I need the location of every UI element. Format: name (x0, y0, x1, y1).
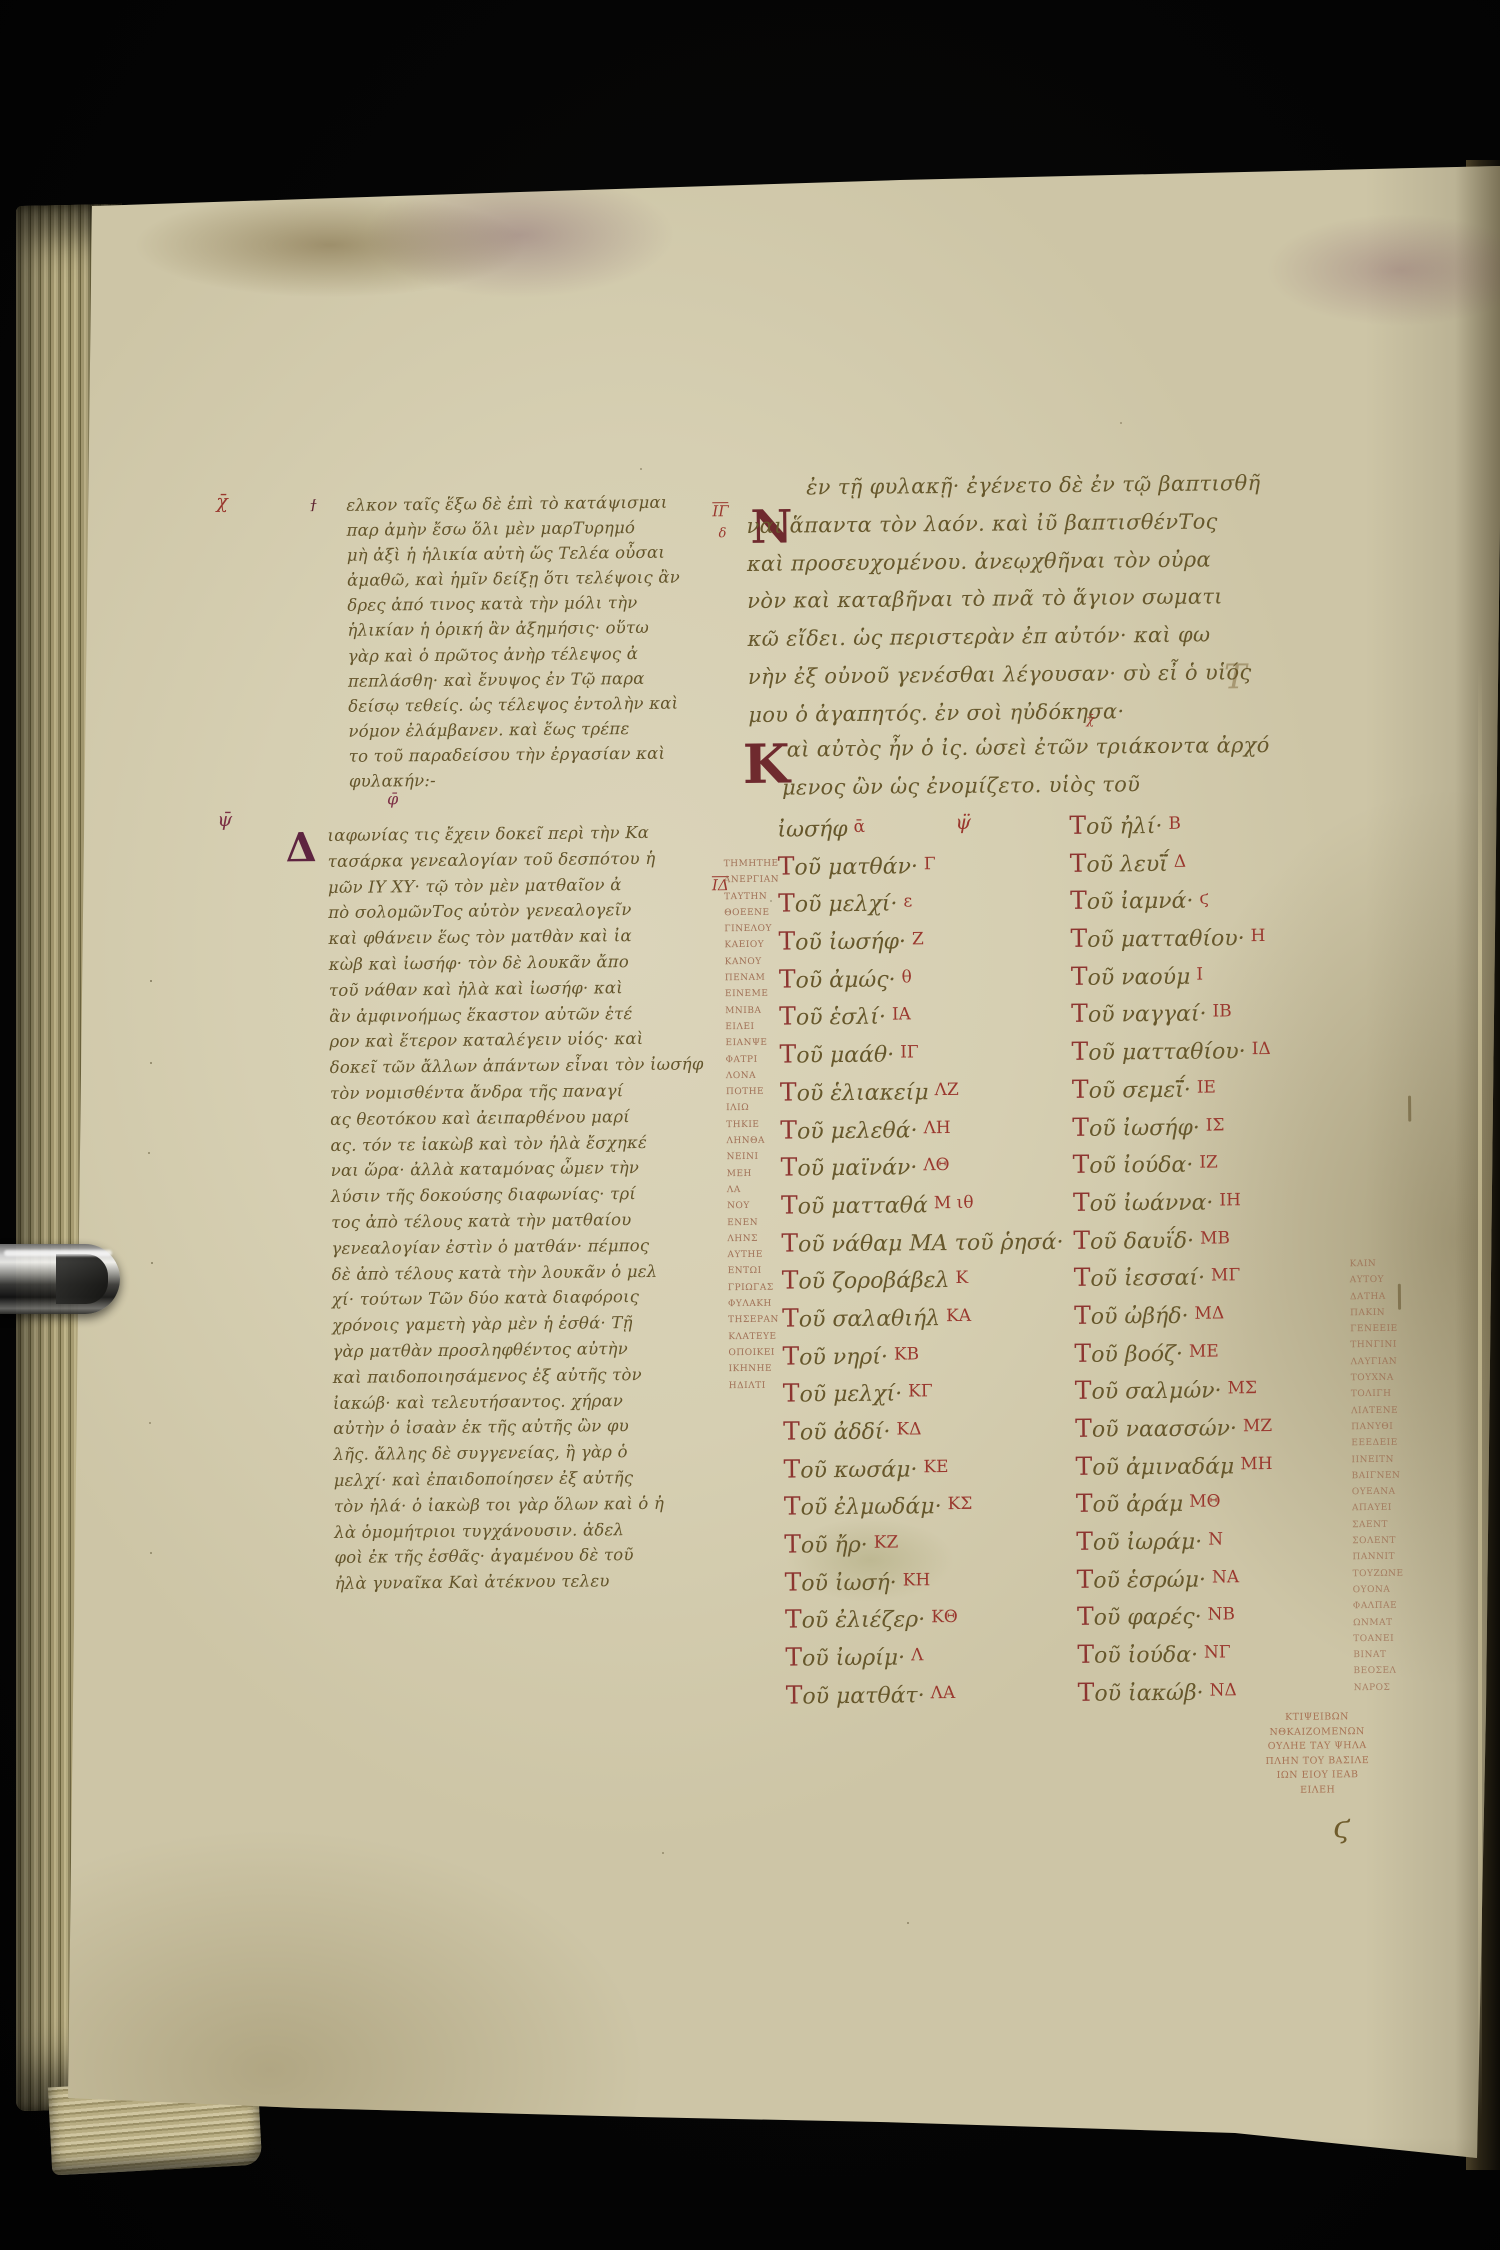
red-tau-initial: Τ (1071, 1037, 1088, 1066)
menos-line: μενος ὢν ὡς ἐνομίζετο. υἱὸς τοῦ (782, 772, 1140, 799)
gloss-line: ΩΝΜΑΤ (1353, 1614, 1404, 1631)
gloss-line: ΤΟΑΝΕΙ (1353, 1631, 1404, 1648)
manuscript-text-line: γενεαλογίαν ἐστὶν ὁ ματθάν· πέμπος (331, 1235, 721, 1265)
section-number-13: ΙΓ (712, 502, 729, 519)
manuscript-text-line: δὲ ἀπὸ τέλους κατὰ τὴν λουκᾶν ὁ μελ (332, 1261, 722, 1291)
photograph-of-manuscript: χ̄ ψ̄ φ̄ ϯ ελκον ταῖς ἕξω δὲ ἐπὶ τὸ κατά… (0, 0, 1500, 2250)
ordinal-numeral: Γ (918, 854, 936, 874)
red-tau-initial: Τ (1070, 886, 1087, 915)
ordinal-numeral: ΙΕ (1191, 1077, 1216, 1097)
genealogy-right-entry: Τοῦ σεμεΐ̈·ΙΕ (1072, 1071, 1420, 1103)
manuscript-text-line: γὰρ ματθὰν προσληφθέντος αὐτὴν (332, 1338, 722, 1368)
gloss-line: ΤΟΥΖΩΝΕ (1353, 1565, 1404, 1582)
genealogy-left-entry: Τοῦ μαάθ·ΙΓ (779, 1037, 1071, 1069)
gloss-line: ΛΑ (727, 1182, 782, 1199)
red-tau-initial: Τ (1076, 1527, 1093, 1556)
ordinal-numeral: ΜΣ (1221, 1378, 1257, 1398)
red-tau-initial: Τ (785, 1567, 802, 1596)
red-tau-initial: Τ (1076, 1489, 1093, 1518)
ancestor-name: οῦ ματθάτ· (802, 1683, 924, 1709)
ordinal-numeral: ΚΒ (888, 1344, 919, 1364)
manuscript-text-line: φυλακήν:- (349, 768, 739, 797)
genealogy-row: Τοῦ νάθαμ ΜΑ τοῦ ῥησά· Τοῦ δαυΐδ·ΜΒ (781, 1222, 1421, 1266)
genealogy-row: Τοῦ ἰωσήφ·Ζ Τοῦ ματταθίου·Η (778, 921, 1418, 965)
genealogy-left-entry: Τοῦ ἰωσήφ·Ζ (778, 924, 1070, 956)
genealogy-row: Τοῦ ἐλιέζερ·ΚΘ Τοῦ φαρές·ΝΒ (785, 1599, 1425, 1643)
ordinal-numeral: ᾱ (847, 817, 865, 837)
manuscript-text-line: ἐν τῇ φυλακῇ· ἐγένετο δὲ ἐν τῷ βαπτισθῆ (746, 470, 1406, 514)
gloss-line: ΦΥΛΑΚΗ (728, 1296, 783, 1313)
gloss-line: ΗΔΙΛΤΙ (729, 1377, 784, 1394)
red-tau-initial: Τ (781, 1228, 798, 1257)
ordinal-numeral: ΜΗ (1234, 1454, 1272, 1474)
genealogy-row: Τοῦ ἰωσή·ΚΗ Τοῦ ἑσρώμ·ΝΑ (785, 1561, 1425, 1605)
ordinal-numeral: ΙΗ (1213, 1190, 1241, 1210)
genealogy-left-entry: Τοῦ ἑλιακείμΛΖ (780, 1075, 1072, 1107)
genealogy-left-entry: Τοῦ μελχί·ΚΓ (783, 1376, 1075, 1408)
ordinal-numeral: Λ (905, 1645, 923, 1665)
manuscript-text-line: πεπλάσθη· καὶ ἔνυψος ἐν Τῷ παρα (348, 668, 738, 697)
red-tau-initial: Τ (1070, 924, 1087, 953)
ordinal-numeral: ε (897, 892, 912, 912)
red-tau-initial: Τ (784, 1530, 801, 1559)
gloss-line: ΕΕΕΔΕΙΕ (1351, 1435, 1402, 1452)
manuscript-text-line: τὸν ἠλά· ὁ ἰακὼβ τοι γὰρ ὅλων καὶ ὁ ἠ (334, 1493, 724, 1523)
ancestor-name: οῦ μαϊνάν· (797, 1156, 917, 1182)
genealogy-left-entry: Τοῦ μελχί·ε (778, 886, 1070, 918)
ordinal-numeral: ΜΕ (1183, 1341, 1219, 1361)
red-tau-initial: Τ (1073, 1225, 1090, 1254)
gloss-line: ΜΝΙΒΑ (725, 1002, 780, 1019)
gloss-line: ΤΗΝΓΙΝΙ (1350, 1337, 1401, 1354)
gloss-line: ΜΕΗ (727, 1165, 782, 1182)
genealogy-row: Τοῦ ἀδδί·ΚΔ Τοῦ ναασσών·ΜΖ (783, 1411, 1423, 1455)
ancestor-name: οῦ ἰωάννα· (1090, 1190, 1214, 1216)
red-tau-initial: Τ (1077, 1602, 1094, 1631)
red-tau-initial: Τ (780, 1077, 797, 1106)
manuscript-text-line: παρ ἀμὴν ἔσω ὅλι μὲν μαρΤυρημό (346, 517, 736, 546)
gloss-line: ΕΝΤΩΙ (728, 1263, 783, 1280)
ordinal-numeral: Β (1162, 814, 1181, 834)
manuscript-text-line: το τοῦ παραδείσου τὴν ἐργασίαν καὶ (349, 743, 739, 772)
manuscript-text-line: νόμον ἐλάμβανεν. καὶ ἕως τρέπε (348, 718, 738, 747)
manuscript-text-line: τασάρκα γενεαλογίαν τοῦ δεσπότου ἡ (328, 848, 718, 878)
manuscript-text-line: μῶν ΙΥ ΧΥ· τῷ τὸν μὲν ματθαῖον ἀ (328, 874, 718, 904)
margin-colophon-note: ΚΤΙΨΕΙΒΩΝΝΘΚΑΙΖΟΜΕΝΩΝΟΥΛΗΕ ΤΑΥ ΨΗΛΑΠΛΗΝ … (1242, 1710, 1393, 1798)
ancestor-name: οῦ σαλμών· (1091, 1379, 1221, 1405)
quill-stroke-mark (1408, 1096, 1411, 1122)
ordinal-numeral: Ν (1202, 1529, 1223, 1549)
red-tau-initial: Τ (780, 1115, 797, 1144)
genealogy-left-entry: Τοῦ ἤρ·ΚΖ (784, 1527, 1076, 1559)
ordinal-numeral: ΙΔ (1246, 1039, 1271, 1059)
clip-dark-core (56, 1254, 108, 1304)
gloss-line: ΔΑΤΗΑ (1350, 1288, 1401, 1305)
ordinal-numeral: ΚΗ (897, 1570, 931, 1590)
gloss-line: ΤΗΣΕΡΑΝ (728, 1312, 783, 1329)
genealogy-left-entry: Τοῦ μελεθά·ΛΗ (780, 1112, 1072, 1144)
ancestor-name: οῦ ζοροβάβελ (798, 1268, 949, 1294)
manuscript-text-line: ελκον ταῖς ἕξω δὲ ἐπὶ τὸ κατάψισμαι (346, 492, 736, 521)
gloss-line: ΟΥΕΑΝΑ (1352, 1484, 1403, 1501)
gloss-line: ΛΑΥΓΙΑΝ (1350, 1353, 1401, 1370)
genealogy-left-entry: Τοῦ ἀδδί·ΚΔ (783, 1414, 1075, 1446)
manuscript-text-line: τοῦ νάθαν καὶ ἠλὰ καὶ ἰωσήφ· καὶ (329, 977, 719, 1007)
gloss-line: ΛΙΑΤΕΝΕ (1351, 1402, 1402, 1419)
gloss-line: ΙΚΗΝΗΕ (729, 1361, 784, 1378)
gloss-line: ΚΑΝΟΥ (725, 953, 780, 970)
ancestor-name: οῦ σαλαθιήλ (799, 1306, 941, 1332)
genealogy-row: Τοῦ σαλαθιήλΚΑ Τοῦ ὠβήδ·ΜΔ (782, 1297, 1422, 1341)
ordinal-numeral: ΝΑ (1206, 1567, 1239, 1587)
genealogy-left-entry: Τοῦ ἰωσή·ΚΗ (785, 1565, 1077, 1597)
genealogy-left-entry: Τοῦ σαλαθιήλΚΑ (782, 1301, 1074, 1333)
ancestor-name: οῦ ἐλιέζερ· (802, 1608, 926, 1634)
manuscript-text-line: μὴ ἀξὶ ἡ ἡλικία αὐτὴ ὥς Τελέα οὖσαι (347, 542, 737, 571)
ancestor-name: οῦ ἀμώς· (795, 967, 895, 993)
red-tau-initial: Τ (778, 927, 795, 956)
gloss-line: ΓΙΝΕΛΟΥ (724, 921, 779, 938)
manuscript-text-line: καὶ προσευχομένου. ἀνεῳχθῆναι τὸν οὐρα (747, 545, 1407, 589)
ordinal-numeral: ΙΓ (894, 1042, 919, 1062)
red-tau-initial: Τ (1074, 1263, 1091, 1292)
ancestor-name: οῦ κωσάμ· (800, 1457, 917, 1483)
genealogy-left-entry: Τοῦ νάθαμ ΜΑ τοῦ ῥησά· (781, 1225, 1073, 1257)
ordinal-numeral: Η (1245, 926, 1266, 946)
ordinal-numeral: ΚΣ (942, 1494, 973, 1514)
ancestor-name: οῦ ἤρ· (801, 1533, 868, 1559)
ancestor-name: οῦ ἰούδα· (1089, 1153, 1193, 1179)
gloss-line: ΚΑΕΙΟΥ (724, 937, 779, 954)
ancestor-name: οῦ ματθάν· (794, 854, 918, 880)
manuscript-text-line: ρον καὶ ἕτερον καταλέγειν υἱός· καὶ (329, 1029, 719, 1059)
genealogy-row: Τοῦ μαϊνάν·ΛΘ Τοῦ ἰούδα·ΙΖ (781, 1147, 1421, 1191)
ordinal-numeral: ΙΑ (886, 1005, 911, 1025)
margin-psi-mark: ψ̄ (217, 809, 232, 831)
ancestor-name: οῦ ἰωσήφ· (1089, 1115, 1200, 1141)
manuscript-text-line: νὸν καὶ καταβῆναι τὸ πνᾶ τὸ ἅγιον σωματι (747, 583, 1407, 627)
ancestor-name: οῦ δαυΐδ· (1090, 1228, 1194, 1254)
red-tau-initial: Τ (1073, 1150, 1090, 1179)
genealogy-left-entry: Τοῦ ἑσλί·ΙΑ (779, 999, 1071, 1031)
ancestor-name: οῦ ἑλιακείμ (797, 1080, 929, 1106)
colophon-line: ΟΥΛΗΕ ΤΑΥ ΨΗΛΑ (1242, 1739, 1392, 1755)
ordinal-numeral: ΚΕ (917, 1457, 948, 1477)
ordinal-numeral: ΚΖ (868, 1533, 899, 1553)
gloss-line: ΕΙΛΕΙ (725, 1019, 780, 1036)
gloss-line: ΑΠΑΥΕΙ (1352, 1500, 1403, 1517)
ancestor-name: οῦ ἑσρώμ· (1093, 1567, 1206, 1593)
quill-stroke-mark (1398, 1284, 1401, 1310)
margin-chi-mark: χ̄ (216, 491, 228, 513)
gloss-line: ΝΑΡΟΣ (1354, 1679, 1405, 1696)
ordinal-numeral: ϛ (1193, 889, 1209, 909)
genealogy-left-entry: Τοῦ ματταθάΜ ιθ (781, 1188, 1073, 1220)
genealogy-right-entry: Τοῦ ἰαμνά·ϛ (1070, 883, 1418, 915)
gloss-line: ΒΙΝΑΤ (1353, 1647, 1404, 1664)
red-tau-initial: Τ (784, 1492, 801, 1521)
genealogy-row: Τοῦ μελεθά·ΛΗ Τοῦ ἰωσήφ·ΙΣ (780, 1109, 1420, 1153)
genealogy-left-entry: Τοῦ νηρί·ΚΒ (782, 1338, 1074, 1370)
ancestor-name: οῦ ἰωράμ· (1093, 1530, 1203, 1556)
genealogy-right-entry: Τοῦ ματταθίου·Η (1070, 921, 1418, 953)
gloss-line: ΓΕΝΕΕΙΕ (1350, 1321, 1401, 1338)
gloss-line: ΑΥΤΗΕ (727, 1247, 782, 1264)
manuscript-text-line: λὰ ὁμομήτριοι τυγχάνουσιν. ἀδελ (334, 1519, 724, 1549)
ancestor-name: οῦ σεμεΐ̈· (1089, 1078, 1191, 1104)
manuscript-text-line: ἂν ἀμφινοήμως ἕκαστον αὐτῶν ἑτέ (329, 1003, 719, 1033)
ordinal-numeral: ΙΖ (1193, 1153, 1218, 1173)
gloss-line: ΤΟΛΙΓΗ (1351, 1386, 1402, 1403)
gloss-line: ΙΛΙΩ (726, 1100, 781, 1117)
ancestor-name: οῦ ἠλί· (1086, 814, 1163, 840)
ordinal-numeral: ΚΓ (902, 1382, 933, 1402)
ancestor-name: οῦ νάθαμ ΜΑ τοῦ ῥησά· (798, 1230, 1064, 1258)
red-tau-initial: Τ (1077, 1564, 1094, 1593)
manuscript-text-line: καὶ φθάνειν ἕως τὸν ματθὰν καὶ ἰα (328, 925, 718, 955)
gloss-line: ΠΑΝΥΘΙ (1351, 1419, 1402, 1436)
gloss-line: ΠΕΝΑΜ (725, 970, 780, 987)
gloss-line: ΕΙΝΕΜΕ (725, 986, 780, 1003)
red-tau-initial: Τ (781, 1190, 798, 1219)
page-content-layer: χ̄ ψ̄ φ̄ ϯ ελκον ταῖς ἕξω δὲ ἐπὶ τὸ κατά… (0, 0, 1500, 2250)
manuscript-text-line: κὼβ καὶ ἰωσήφ· τὸν δὲ λουκᾶν ἄπο (329, 951, 719, 981)
red-tau-initial: Τ (1075, 1376, 1092, 1405)
ordinal-numeral: ΜΒ (1194, 1228, 1230, 1248)
manuscript-text-line: ἀμαθῶ, καὶ ἡμῖν δείξῃ ὅτι τελέψοις ἂν (347, 567, 737, 596)
ordinal-numeral: ΝΔ (1203, 1680, 1236, 1700)
genealogy-row: Τοῦ ἐλμωδάμ·ΚΣ Τοῦ ἀράμΜΘ (784, 1486, 1424, 1530)
gloss-line: ΛΗΝΣ (727, 1230, 782, 1247)
ancestor-name: οῦ λευΐ̈ (1086, 852, 1168, 878)
genealogy-row: Τοῦ ἤρ·ΚΖ Τοῦ ἰωράμ·Ν (784, 1524, 1424, 1568)
ancestor-name: οῦ ἰαμνά· (1087, 889, 1194, 915)
gloss-line: ΛΟΝΑ (726, 1068, 781, 1085)
section-subletter: δ (719, 526, 727, 541)
red-tau-initial: Τ (782, 1341, 799, 1370)
ancestor-name: οῦ ἀμιναδάμ (1092, 1454, 1234, 1480)
gloss-line: ΓΡΙΩΓΑΣ (728, 1279, 783, 1296)
initial-delta: Δ (285, 824, 316, 871)
genealogy-right-entry: Τοῦ ματταθίου·ΙΔ (1071, 1034, 1419, 1066)
manuscript-text-line: ναι ὥρα· ἀλλὰ καταμόνας ὦμεν τὴν (331, 1158, 721, 1188)
colophon-line: ΝΘΚΑΙΖΟΜΕΝΩΝ (1242, 1724, 1392, 1740)
gloss-line: ΑΝΕΡΓΙΑΝ (724, 872, 779, 889)
red-tau-initial: Τ (781, 1153, 798, 1182)
left-column-paragraph-1: ελκον ταῖς ἕξω δὲ ἐπὶ τὸ κατάψισμαιπαρ ἀ… (346, 492, 739, 797)
ordinal-numeral: ΜΖ (1237, 1416, 1272, 1436)
genealogy-row: ἰωσήφᾱ Τοῦ ἠλί·Β (777, 808, 1417, 852)
manuscript-text-line: γὰρ καὶ ὁ πρῶτος ἀνὴρ τέλεψος ἀ (348, 643, 738, 672)
gloss-line: ΚΛΑΤΕΥΕ (728, 1328, 783, 1345)
gloss-line: ΒΕΟΣΕΛ (1353, 1663, 1404, 1680)
red-tau-initial: Τ (782, 1303, 799, 1332)
ancestor-name: οῦ ἰωρίμ· (802, 1646, 905, 1672)
red-tau-initial: Τ (1072, 1075, 1089, 1104)
manuscript-text-line: αὐτὴν ὁ ἰσαὰν ἐκ τῆς αὐτῆς ὢν φυ (333, 1416, 723, 1446)
kai-autos-line: αὶ αὐτὸς ἦν ὁ ἰς. ὡσεὶ ἐτῶν τριάκοντα ἀρ… (787, 733, 1270, 762)
manuscript-text-line: φοὶ ἐκ τῆς ἐσθᾶς· ἀγαμένου δὲ τοῦ (334, 1545, 724, 1575)
clip-highlight (4, 1250, 112, 1256)
gloss-line: ΑΥΤΟΥ (1350, 1272, 1401, 1289)
red-tau-initial: Τ (786, 1680, 803, 1709)
ordinal-numeral: ΜΘ (1183, 1492, 1221, 1512)
red-tau-initial: Τ (1078, 1677, 1095, 1706)
genealogy-left-entry: ἰωσήφᾱ (777, 811, 1069, 843)
manuscript-text-line: λῆς. ἄλλης δὲ συγγενείας, ἢ γὰρ ὁ (333, 1441, 723, 1471)
gloss-line: ΦΑΛΠΑΕ (1353, 1598, 1404, 1615)
ordinal-numeral: Ι (1190, 964, 1203, 984)
genealogy-left-entry: Τοῦ μαϊνάν·ΛΘ (781, 1150, 1073, 1182)
ancestor-name: ἰωσήφ (777, 817, 847, 843)
genealogy-row: Τοῦ μαάθ·ΙΓ Τοῦ ματταθίου·ΙΔ (779, 1034, 1419, 1078)
red-tau-initial: Τ (1075, 1414, 1092, 1443)
gloss-line: ΘΟΕΕΝΕ (724, 905, 779, 922)
red-tau-initial: Τ (783, 1454, 800, 1483)
manuscript-text-line: ἡλικίαν ἡ ὁρική ἂν ἀξημήσις· οὕτω (347, 618, 737, 647)
colophon-line: ΠΛΗΝ ΤΟΥ ΒΑΣΙΛΕ (1242, 1753, 1392, 1769)
ancestor-name: οῦ ἀράμ (1093, 1492, 1184, 1518)
red-tau-initial: Τ (1074, 1338, 1091, 1367)
manuscript-text-line: μελχί· καὶ ἐπαιδοποίησεν ἐξ αὐτῆς (334, 1467, 724, 1497)
ordinal-numeral: ΚΔ (890, 1419, 921, 1439)
genealogy-row: Τοῦ ματταθάΜ ιθ Τοῦ ἰωάννα·ΙΗ (781, 1184, 1421, 1228)
manuscript-text-line: νὴν ἐξ οὐνοῦ γενέσθαι λέγουσαν· σὺ εἶ ὁ … (748, 659, 1408, 703)
red-tau-initial: Τ (1072, 1112, 1089, 1141)
ordinal-numeral: ΙΒ (1206, 1002, 1231, 1022)
ancestor-name: οῦ ἰωσήφ· (795, 930, 906, 956)
right-margin-gloss: ΚΑΙΝΑΥΤΟΥΔΑΤΗΑΠΑΚΙΝΓΕΝΕΕΙΕΤΗΝΓΙΝΙΛΑΥΓΙΑΝ… (1350, 1256, 1405, 1696)
gloss-line: ΟΠΟΙΚΕΙ (728, 1345, 783, 1362)
manuscript-text-line: ἠλὰ γυναῖκα Καὶ ἀτέκνου τελευ (335, 1570, 725, 1600)
ancestor-name: οῦ ἑσλί· (796, 1005, 886, 1031)
gloss-line: ΛΗΝΘΑ (726, 1133, 781, 1150)
ordinal-numeral: ΜΓ (1205, 1266, 1240, 1286)
ancestor-name: οῦ ὠβήδ· (1091, 1304, 1189, 1330)
ordinal-numeral: ΝΓ (1198, 1642, 1231, 1662)
ancestor-name: οῦ φαρές· (1094, 1605, 1202, 1631)
ancestor-name: οῦ νηρί· (799, 1344, 888, 1370)
genealogy-left-entry: Τοῦ ματθάν·Γ (778, 849, 1070, 881)
gloss-line: ΤΗΚΙΕ (726, 1116, 781, 1133)
ancestor-name: οῦ μελχί· (799, 1382, 902, 1408)
red-tau-initial: Τ (783, 1416, 800, 1445)
colophon-line: ΕΙΛΕΗ (1243, 1782, 1393, 1798)
genealogy-row: Τοῦ ζοροβάβελΚ Τοῦ ἰεσσαί·ΜΓ (782, 1260, 1422, 1304)
manuscript-text-line: ιαφωνίας τις ἔχειν δοκεῖ περὶ τὴν Κα (327, 822, 717, 852)
ancestor-name: οῦ βοόζ· (1091, 1341, 1183, 1367)
genealogy-right-entry: Τοῦ ἰούδα·ΙΖ (1073, 1147, 1421, 1179)
ordinal-numeral: Κ (949, 1268, 968, 1288)
manuscript-text-line: καὶ παιδοποιησάμενος ἐξ αὐτῆς τὸν (333, 1364, 723, 1394)
red-tau-initial: Τ (778, 851, 795, 880)
red-tau-initial: Τ (782, 1266, 799, 1295)
ordinal-numeral: ΜΔ (1188, 1303, 1224, 1323)
gloss-line: ΕΝΕΝ (727, 1214, 782, 1231)
genealogy-left-entry: Τοῦ ματθάτ·ΛΑ (786, 1678, 1078, 1710)
red-tau-initial: Τ (1075, 1451, 1092, 1480)
ancestor-name: οῦ ματταθά (798, 1193, 928, 1219)
gloss-line: ΣΑΕΝΤ (1352, 1516, 1403, 1533)
manuscript-text-line: δοκεῖ τῶν ἄλλων ἁπάντων εἶναι τὸν ἰωσήφ (330, 1054, 720, 1084)
red-tau-initial: Τ (785, 1605, 802, 1634)
gloss-line: ΠΑΝΝΙΤ (1352, 1549, 1403, 1566)
bleed-through-mark: Τ (1224, 657, 1247, 697)
ancestor-name: οῦ ματταθίου· (1088, 1039, 1246, 1066)
genealogy-row: Τοῦ ματθάν·Γ Τοῦ λευΐ̈Δ (778, 845, 1418, 889)
gloss-line: ΣΟΛΕΝΤ (1352, 1533, 1403, 1550)
ordinal-numeral: Ζ (906, 929, 924, 949)
manuscript-text-line: ἰακώβ· καὶ τελευτήσαντος. χήραν (333, 1390, 723, 1420)
genealogy-list: ἰωσήφᾱ Τοῦ ἠλί·Β Τοῦ ματθάν·Γ Τοῦ λευΐ̈Δ (777, 808, 1426, 1719)
genealogy-left-entry: Τοῦ κωσάμ·ΚΕ (783, 1452, 1075, 1484)
ordinal-numeral: ΛΗ (917, 1118, 950, 1138)
ordinal-numeral: ΛΑ (925, 1683, 956, 1703)
gloss-line: ΙΙΝΕΙΤΝ (1351, 1451, 1402, 1468)
red-tau-initial: Τ (1073, 1188, 1090, 1217)
colophon-line: ΙΩΝ ΕΙΟΥ ΙΕΑΒ (1242, 1768, 1392, 1784)
ordinal-numeral: ΙΣ (1200, 1115, 1225, 1135)
genealogy-right-entry: Τοῦ ἠλί·Β (1069, 808, 1417, 840)
page-holding-clip[interactable] (0, 1238, 150, 1326)
red-tau-initial: Τ (1077, 1640, 1094, 1669)
quire-signature-mark: ϛ (1333, 1810, 1350, 1845)
red-tau-initial: Τ (1071, 961, 1088, 990)
ordinal-numeral: Δ (1168, 851, 1186, 871)
ordinal-numeral: ΛΘ (917, 1155, 949, 1175)
genealogy-left-entry: Τοῦ ζοροβάβελΚ (782, 1263, 1074, 1295)
genealogy-left-entry: Τοῦ ἐλιέζερ·ΚΘ (785, 1602, 1077, 1634)
manuscript-text-line: πὸ σολομῶνΤος αὐτὸν γενεαλογεῖν (328, 900, 718, 930)
genealogy-left-entry: Τοῦ ἰωρίμ·Λ (785, 1640, 1077, 1672)
colophon-line: ΚΤΙΨΕΙΒΩΝ (1242, 1710, 1392, 1726)
gloss-line: ΝΕΙΝΙ (727, 1149, 782, 1166)
manuscript-text-line: χρόνοις γαμετὴ γὰρ μὲν ἡ ἐσθά· Τῇ (332, 1312, 722, 1342)
genealogy-left-entry: Τοῦ ἀμώς·θ (779, 962, 1071, 994)
ancestor-name: οῦ ἀδδί· (800, 1420, 891, 1446)
genealogy-row: Τοῦ ἑσλί·ΙΑ Τοῦ ναγγαί·ΙΒ (779, 996, 1419, 1040)
ordinal-numeral: ΚΘ (925, 1607, 958, 1627)
ancestor-name: οῦ μελχί· (795, 892, 898, 918)
ancestor-name: οῦ ναγγαί· (1088, 1002, 1207, 1028)
genealogy-row: Τοῦ μελχί·ΚΓ Τοῦ σαλμών·ΜΣ (783, 1373, 1423, 1417)
manuscript-text-line: χί· τούτων Τῶν δύο κατὰ διαφόροις (332, 1287, 722, 1317)
genealogy-right-entry: Τοῦ ἰωσήφ·ΙΣ (1072, 1109, 1420, 1141)
left-column-paragraph-2: ιαφωνίας τις ἔχειν δοκεῖ περὶ τὴν Κατασά… (327, 822, 724, 1600)
red-tau-initial: Τ (1071, 999, 1088, 1028)
gloss-line: ΕΙΑΝΨΕ (725, 1035, 780, 1052)
manuscript-text-line: κῶ εἴδει. ὡς περιστερὰν ἐπ αὐτόν· καὶ φω (747, 621, 1407, 665)
right-column-paragraph: ἐν τῇ φυλακῇ· ἐγένετο δὲ ἐν τῷ βαπτισθῆν… (746, 470, 1409, 741)
ancestor-name: οῦ ἐλμωδάμ· (801, 1495, 942, 1521)
genealogy-row: Τοῦ νηρί·ΚΒ Τοῦ βοόζ·ΜΕ (782, 1335, 1422, 1379)
paragraph-lead-mark: ϯ (310, 496, 316, 516)
ordinal-numeral (1063, 1229, 1069, 1249)
gloss-line: ΠΑΚΙΝ (1350, 1305, 1401, 1322)
genealogy-row: Τοῦ μελχί·ε Τοῦ ἰαμνά·ϛ (778, 883, 1418, 927)
manuscript-text-line: λύσιν τῆς δοκούσης διαφωνίας· τρί (331, 1183, 721, 1213)
red-tau-initial: Τ (1074, 1301, 1091, 1330)
ordinal-numeral: θ (895, 967, 911, 987)
manuscript-text-line: ναι ἅπαντα τὸν λαόν. καὶ ἰῦ βαπτισθένΤος (746, 507, 1406, 551)
ancestor-name: οῦ ἰεσσαί· (1090, 1266, 1205, 1292)
genealogy-right-entry: Τοῦ ναγγαί·ΙΒ (1071, 996, 1419, 1028)
ancestor-name: οῦ ναούμ (1087, 964, 1190, 990)
manuscript-text-line: δρες ἀπό τινος κατὰ τὴν μόλι τὴν (347, 592, 737, 621)
ordinal-numeral: Μ ιθ (928, 1193, 974, 1213)
gloss-line: ΤΟΥΧΝΑ (1351, 1370, 1402, 1387)
red-tau-initial: Τ (1069, 811, 1086, 840)
